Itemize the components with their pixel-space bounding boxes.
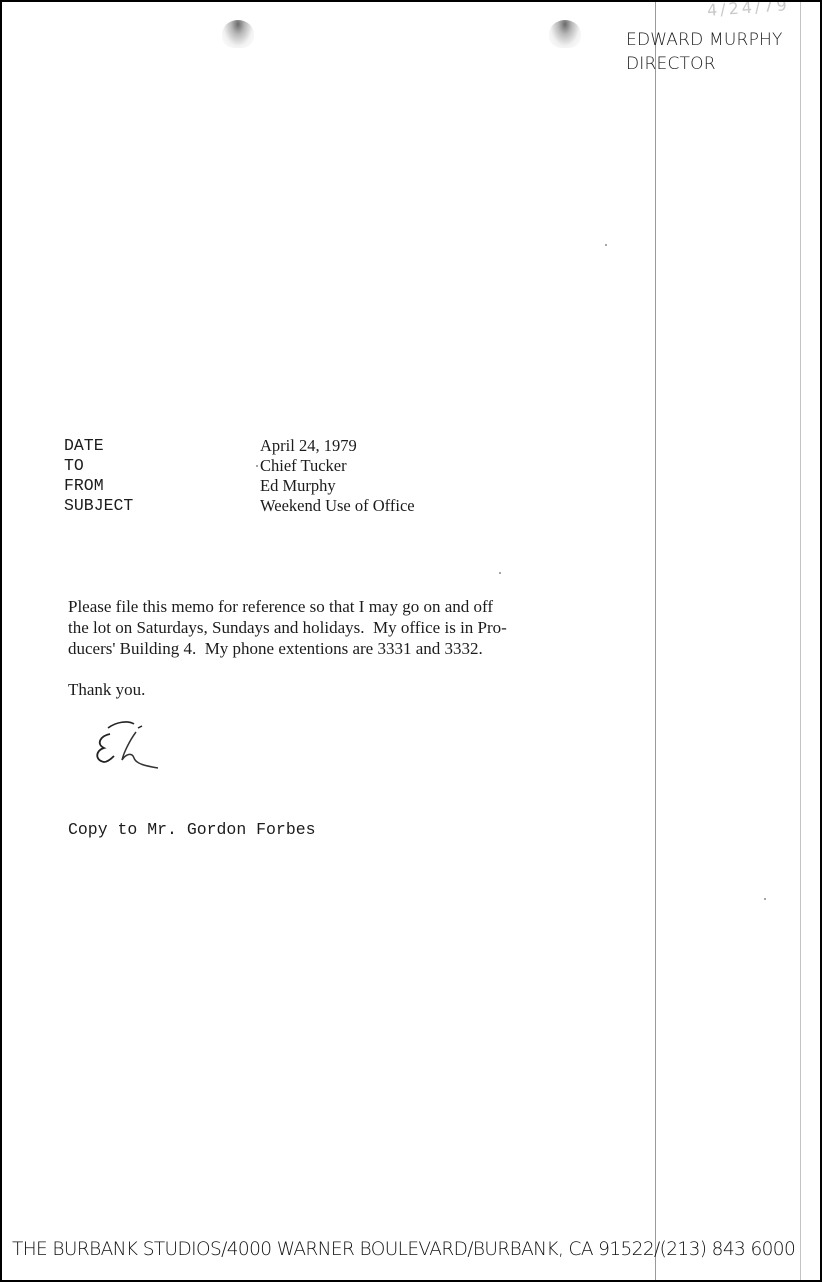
letterhead: EDWARD MURPHY DIRECTOR (626, 28, 783, 76)
copy-to: Copy to Mr. Gordon Forbes (68, 820, 316, 839)
speck (605, 244, 607, 246)
closing: Thank you. (68, 680, 145, 700)
punch-hole-right (549, 20, 581, 48)
from-label: FROM (64, 476, 260, 496)
body-line: Please file this memo for reference so t… (68, 596, 728, 617)
letterhead-title: DIRECTOR (626, 52, 783, 76)
speck (499, 572, 501, 574)
from-value: Ed Murphy (260, 476, 336, 496)
footer-address: THE BURBANK STUDIOS/4000 WARNER BOULEVAR… (12, 1239, 795, 1260)
memo-header: DATE April 24, 1979 TO Chief Tucker FROM… (64, 436, 415, 516)
body-line: ducers' Building 4. My phone extentions … (68, 638, 728, 659)
memo-body: Please file this memo for reference so t… (68, 596, 728, 659)
letterhead-name: EDWARD MURPHY (626, 28, 783, 52)
signature-icon (86, 714, 166, 776)
speck (256, 465, 258, 467)
punch-hole-left (222, 20, 254, 48)
subject-value: Weekend Use of Office (260, 496, 415, 516)
date-value: April 24, 1979 (260, 436, 357, 456)
to-label: TO (64, 456, 260, 476)
to-value: Chief Tucker (260, 456, 347, 476)
memo-header-row-to: TO Chief Tucker (64, 456, 415, 476)
memo-header-row-subject: SUBJECT Weekend Use of Office (64, 496, 415, 516)
speck (764, 898, 766, 900)
memo-header-row-from: FROM Ed Murphy (64, 476, 415, 496)
date-label: DATE (64, 436, 260, 456)
body-line: the lot on Saturdays, Sundays and holida… (68, 617, 728, 638)
fold-line (800, 2, 801, 1280)
memo-page: 4/24/79 EDWARD MURPHY DIRECTOR DATE Apri… (2, 2, 820, 1280)
handwritten-note: 4/24/79 (706, 2, 790, 20)
memo-header-row-date: DATE April 24, 1979 (64, 436, 415, 456)
subject-label: SUBJECT (64, 496, 260, 516)
